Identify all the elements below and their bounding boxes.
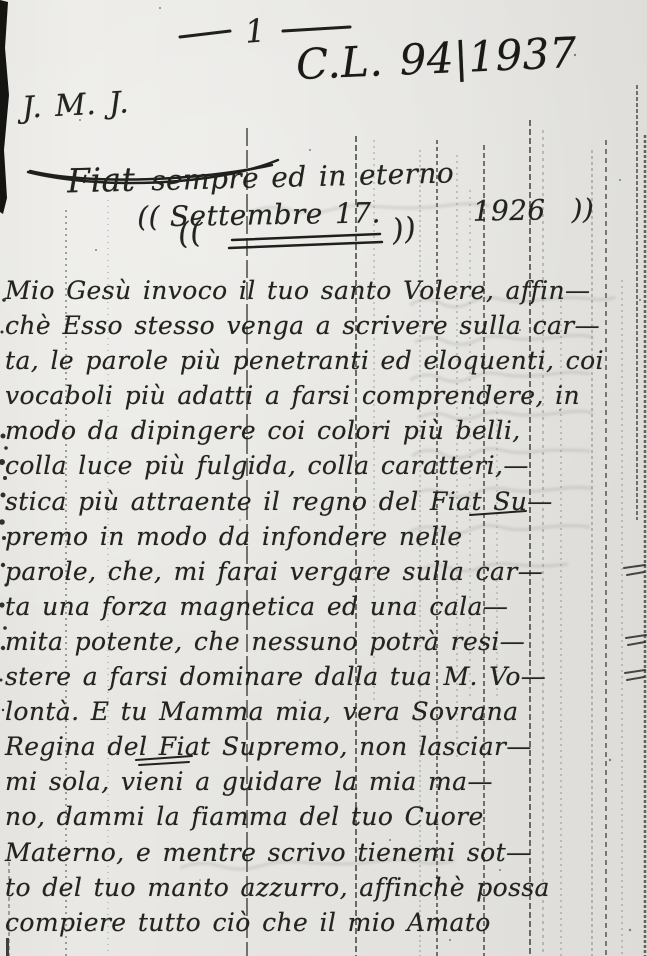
manuscript-line-12: stere a farsi dominare dalla tua M. Vo— xyxy=(5,659,643,694)
catalog-number: C.L. 94|1937 xyxy=(295,28,578,89)
manuscript-line-19: compiere tutto ciò che il mio Amato xyxy=(5,905,643,940)
manuscript-body: Mio Gesù invoco il tuo santo Volere, aff… xyxy=(5,273,643,940)
manuscript-line-5: modo da dipingere coi colori più belli, xyxy=(5,413,643,448)
manuscript-line-2: chè Esso stesso venga a scrivere sulla c… xyxy=(5,308,643,343)
date-line: ((Settembre 17.1926)) xyxy=(87,160,595,268)
manuscript-line-16: no, dammi la fiamma del tuo Cuore xyxy=(5,799,643,834)
manuscript-line-11: mita potente, che nessuno potrà resi— xyxy=(5,624,643,659)
date-open-mark: (( xyxy=(137,200,160,233)
divider-close-mark: )) xyxy=(390,211,418,248)
page-number: 1 xyxy=(244,11,267,50)
manuscript-line-9: parole, che, mi farai vergare sulla car— xyxy=(5,554,643,589)
manuscript-line-7: stica più attraente il regno del Fiat Su… xyxy=(5,484,643,519)
manuscript-line-6: colla luce più fulgida, colla caratteri,… xyxy=(5,448,643,483)
manuscript-line-3: ta, le parole più penetranti ed eloquent… xyxy=(5,343,643,378)
manuscript-line-10: ta una forza magnetica ed una cala— xyxy=(5,589,643,624)
date-year: 1926 xyxy=(472,193,545,227)
date-close-mark: )) xyxy=(571,193,594,226)
jmj-monogram: J. M. J. xyxy=(21,85,130,126)
manuscript-line-14: Regina del Fiat Supremo, non lasciar— xyxy=(5,729,643,764)
scanned-manuscript-page: 1 C.L. 94|1937 J. M. J. Fiatsempre ed in… xyxy=(0,0,647,956)
manuscript-line-8: premo in modo da infondere nelle xyxy=(5,519,643,554)
manuscript-line-13: lontà. E tu Mamma mia, vera Sovrana xyxy=(5,694,643,729)
manuscript-line-18: to del tuo manto azzurro, affinchè possa xyxy=(5,870,643,905)
manuscript-line-17: Materno, e mentre scrivo tienemi sot— xyxy=(5,835,643,870)
manuscript-line-4: vocaboli più adatti a farsi comprendere,… xyxy=(5,378,643,413)
manuscript-line-15: mi sola, vieni a guidare la mia ma— xyxy=(5,764,643,799)
divider-open-mark: (( xyxy=(176,215,204,252)
manuscript-line-1: Mio Gesù invoco il tuo santo Volere, aff… xyxy=(5,273,643,308)
